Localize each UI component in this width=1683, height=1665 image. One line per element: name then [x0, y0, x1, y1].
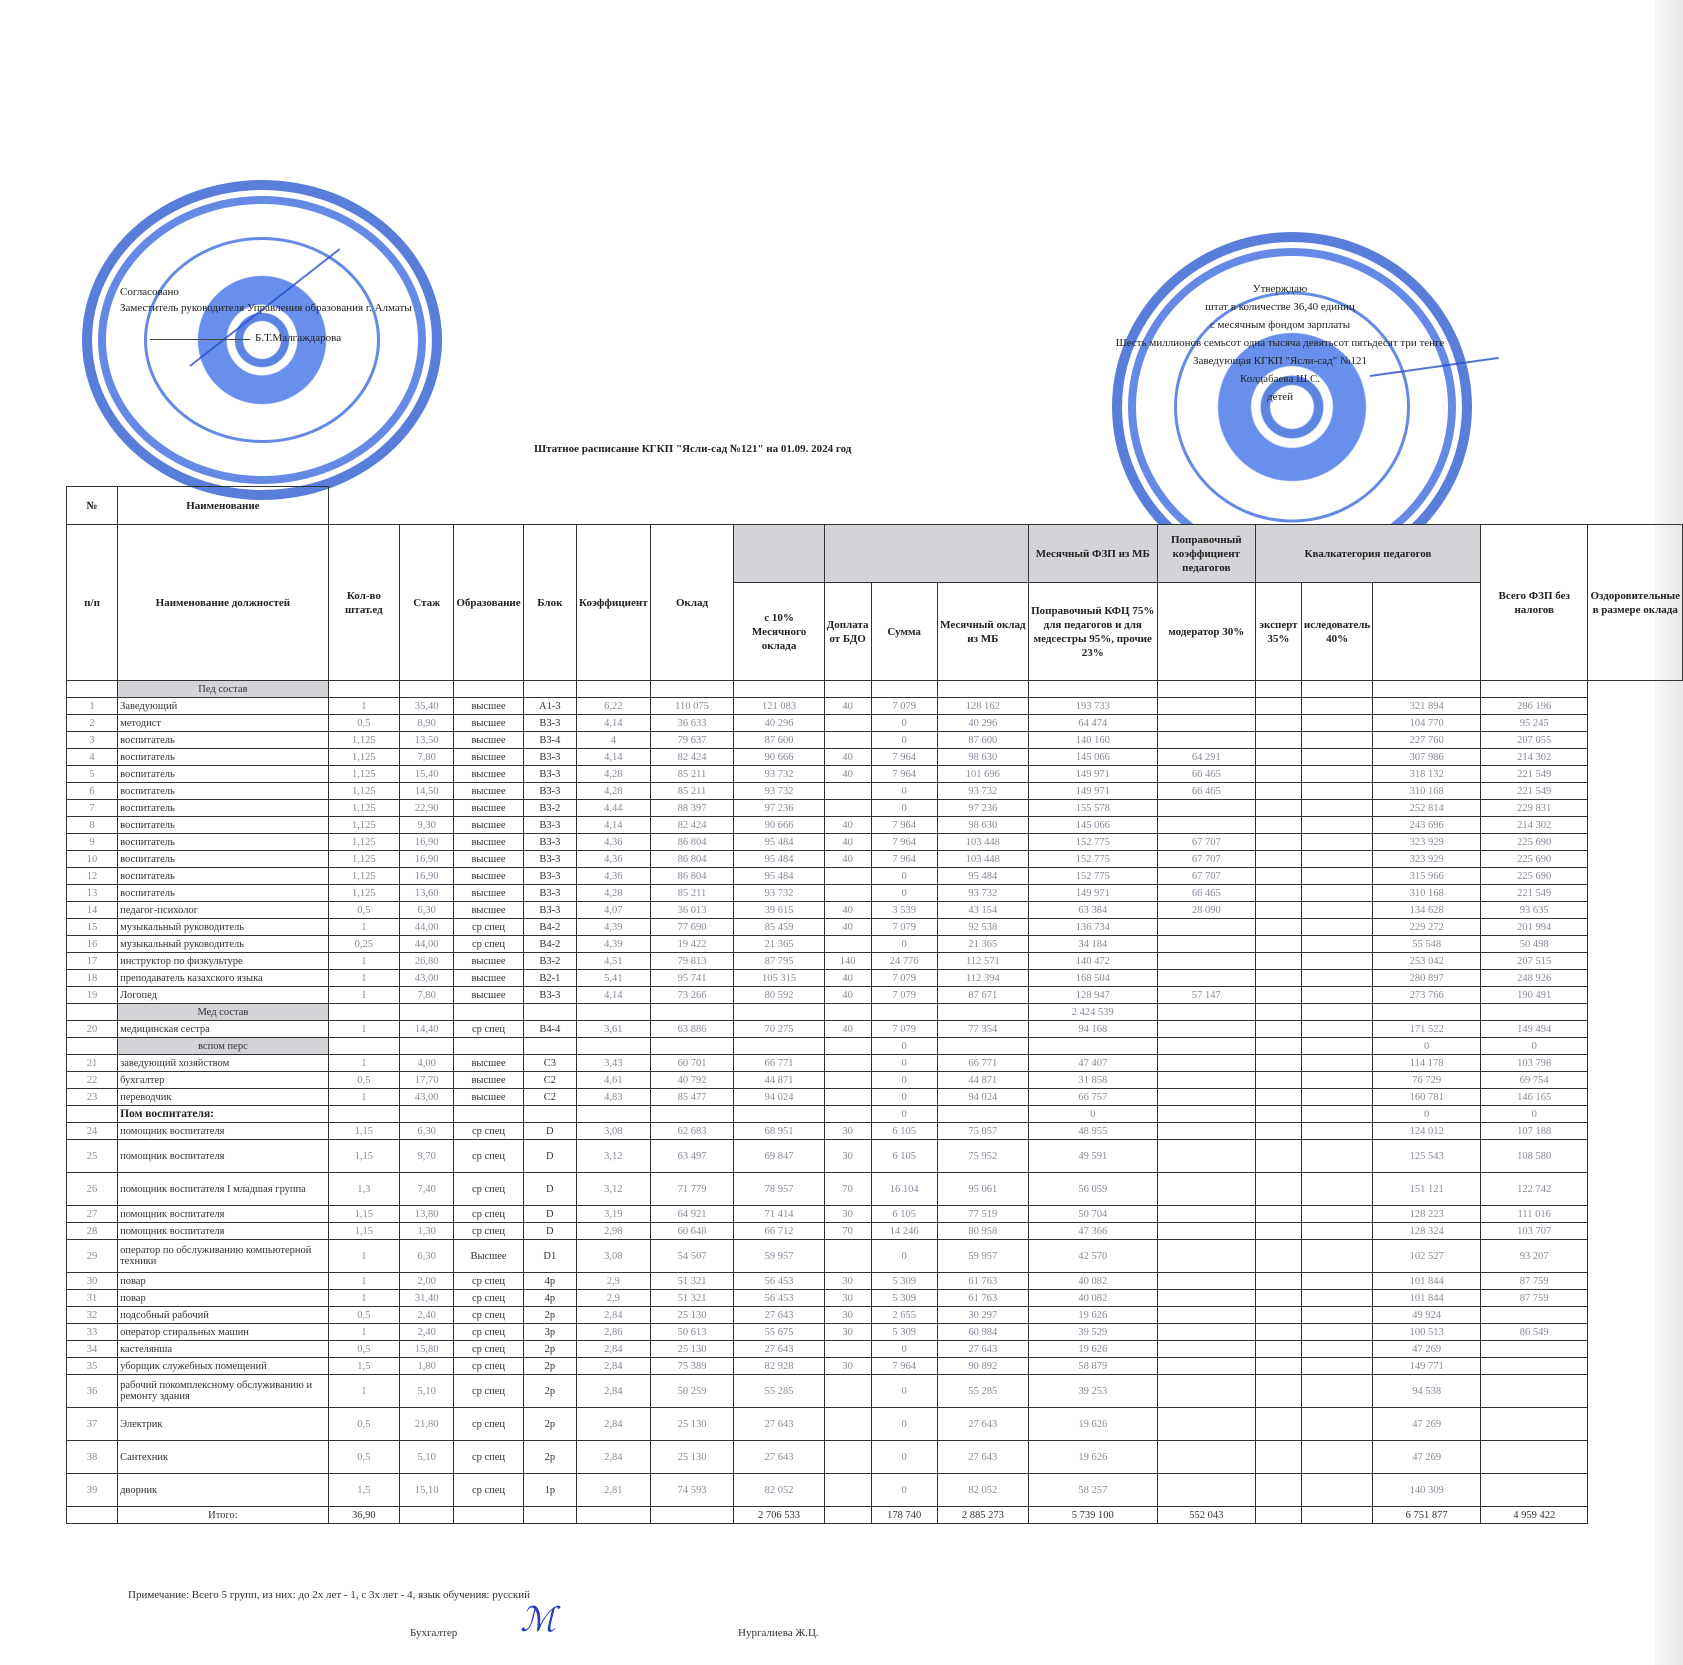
monthly-10: 121 083 — [734, 698, 824, 715]
staff-units: 0,25 — [328, 936, 399, 953]
researcher — [1301, 970, 1372, 987]
salary: 73 266 — [650, 987, 734, 1004]
health-allowance: 0 — [1481, 1106, 1588, 1123]
bonus-sum: 6 105 — [871, 1140, 937, 1173]
bonus-sum: 0 — [871, 800, 937, 817]
correction-kfc: 145 066 — [1028, 817, 1157, 834]
experience: 15,10 — [399, 1474, 453, 1507]
total-fzp: 104 770 — [1373, 715, 1481, 732]
row-number: 5 — [67, 766, 118, 783]
col-total-fzp: Всего ФЗП без налогов — [1481, 525, 1588, 681]
col-stazh: Стаж — [399, 525, 453, 681]
salary: 60 701 — [650, 1055, 734, 1072]
monthly-10: 56 453 — [734, 1290, 824, 1307]
position-name: Сантехник — [118, 1441, 329, 1474]
correction-kfc: 66 757 — [1028, 1089, 1157, 1106]
bonus-sum: 0 — [871, 1408, 937, 1441]
total-fzp: 323 929 — [1373, 851, 1481, 868]
expert — [1255, 1206, 1301, 1223]
block: В4-2 — [523, 936, 576, 953]
position-name: бухгалтер — [118, 1072, 329, 1089]
researcher — [1301, 749, 1372, 766]
document-title: Штатное расписание КГКП "Ясли-сад №121" … — [534, 443, 851, 455]
monthly-mb: 95 484 — [937, 868, 1028, 885]
correction-kfc: 152 775 — [1028, 868, 1157, 885]
bdo-bonus — [824, 868, 871, 885]
row-number: 39 — [67, 1474, 118, 1507]
expert — [1255, 1089, 1301, 1106]
monthly-10: 21 365 — [734, 936, 824, 953]
monthly-mb: 77 354 — [937, 1021, 1028, 1038]
staffing-table-body: Пед состав1Заведующий135,40высшееА1-36,2… — [67, 681, 1683, 1507]
total-fzp: 229 272 — [1373, 919, 1481, 936]
salary: 85 211 — [650, 783, 734, 800]
experience: 22,90 — [399, 800, 453, 817]
experience: 9,30 — [399, 817, 453, 834]
approved-label: Утверждаю — [1060, 280, 1500, 298]
education: высшее — [454, 766, 523, 783]
salary: 86 804 — [650, 868, 734, 885]
bonus-sum: 0 — [871, 1055, 937, 1072]
position-name: заведующий хозяйством — [118, 1055, 329, 1072]
staff-units: 1,3 — [328, 1173, 399, 1206]
staff-units: 1 — [328, 1089, 399, 1106]
monthly-10: 93 732 — [734, 783, 824, 800]
table-row: 27помощник воспитателя1,1513,80ср спецD3… — [67, 1206, 1683, 1223]
total-fzp: 55 548 — [1373, 936, 1481, 953]
education: высшее — [454, 783, 523, 800]
col-units: Кол-во штат.ед — [328, 525, 399, 681]
expert — [1255, 1290, 1301, 1307]
coefficient: 4,28 — [577, 885, 651, 902]
researcher — [1301, 1408, 1372, 1441]
researcher — [1301, 1307, 1372, 1324]
coefficient: 4,14 — [577, 749, 651, 766]
table-row: 26помощник воспитателя I младшая группа1… — [67, 1173, 1683, 1206]
monthly-mb: 44 871 — [937, 1072, 1028, 1089]
totals-row: Итого: 36,90 2 706 533 178 740 2 885 273… — [67, 1507, 1683, 1524]
correction-kfc: 42 570 — [1028, 1240, 1157, 1273]
coefficient: 2,81 — [577, 1474, 651, 1507]
block: В3-3 — [523, 749, 576, 766]
moderator — [1157, 1206, 1255, 1223]
correction-kfc: 140 160 — [1028, 732, 1157, 749]
bonus-sum: 7 964 — [871, 766, 937, 783]
row-number: 28 — [67, 1223, 118, 1240]
moderator — [1157, 1290, 1255, 1307]
col-naim: Наименование — [118, 487, 329, 525]
position-name: методист — [118, 715, 329, 732]
salary: 40 792 — [650, 1072, 734, 1089]
table-row: 7воспитатель1,12522,90высшееВ3-24,4488 3… — [67, 800, 1683, 817]
bonus-sum: 6 105 — [871, 1123, 937, 1140]
staff-units: 1 — [328, 1240, 399, 1273]
block: 1р — [523, 1474, 576, 1507]
researcher — [1301, 902, 1372, 919]
row-number: 27 — [67, 1206, 118, 1223]
bdo-bonus: 40 — [824, 987, 871, 1004]
row-number: 22 — [67, 1072, 118, 1089]
monthly-10: 87 795 — [734, 953, 824, 970]
bdo-bonus: 40 — [824, 749, 871, 766]
salary: 19 422 — [650, 936, 734, 953]
row-number: 23 — [67, 1089, 118, 1106]
expert — [1255, 1123, 1301, 1140]
experience: 7,80 — [399, 987, 453, 1004]
bonus-sum: 0 — [871, 1474, 937, 1507]
table-row: 35уборщик служебных помещений1,51,80ср с… — [67, 1358, 1683, 1375]
table-row: 16музыкальный руководитель0,2544,00ср сп… — [67, 936, 1683, 953]
salary: 25 130 — [650, 1341, 734, 1358]
monthly-mb: 128 162 — [937, 698, 1028, 715]
section-row: Пом воспитателя:0000 — [67, 1106, 1683, 1123]
coefficient: 2,86 — [577, 1324, 651, 1341]
table-row: 34кастелянша0,515,80ср спец2р2,8425 1302… — [67, 1341, 1683, 1358]
staff-units: 1,125 — [328, 817, 399, 834]
expert — [1255, 698, 1301, 715]
monthly-10: 27 643 — [734, 1341, 824, 1358]
moderator — [1157, 1273, 1255, 1290]
col-group-correction: Поправочный коэффициент педагогов — [1157, 525, 1255, 583]
expert — [1255, 1375, 1301, 1408]
block: В4-4 — [523, 1021, 576, 1038]
researcher — [1301, 919, 1372, 936]
experience: 26,80 — [399, 953, 453, 970]
monthly-mb: 59 957 — [937, 1240, 1028, 1273]
block: 2р — [523, 1375, 576, 1408]
correction-kfc: 64 474 — [1028, 715, 1157, 732]
total-fzp: 318 132 — [1373, 766, 1481, 783]
coefficient: 3,12 — [577, 1140, 651, 1173]
experience: 1,80 — [399, 1358, 453, 1375]
table-row: 8воспитатель1,1259,30высшееВ3-34,1482 42… — [67, 817, 1683, 834]
expert — [1255, 1441, 1301, 1474]
block: 4р — [523, 1273, 576, 1290]
block: 2р — [523, 1307, 576, 1324]
expert — [1255, 902, 1301, 919]
monthly-mb: 80 958 — [937, 1223, 1028, 1240]
position-name: преподаватель казахского языка — [118, 970, 329, 987]
monthly-mb: 27 643 — [937, 1341, 1028, 1358]
moderator: 66 465 — [1157, 885, 1255, 902]
correction-kfc: 152 775 — [1028, 834, 1157, 851]
monthly-10: 93 732 — [734, 766, 824, 783]
researcher — [1301, 1441, 1372, 1474]
staff-units: 1 — [328, 1273, 399, 1290]
bonus-sum: 0 — [871, 715, 937, 732]
table-row: 12воспитатель1,12516,90высшееВ3-34,3686 … — [67, 868, 1683, 885]
agreed-signatory: Б.Т.Малгаждарова — [255, 332, 341, 344]
education: высшее — [454, 851, 523, 868]
total-fzp: 310 168 — [1373, 885, 1481, 902]
correction-kfc: 19 626 — [1028, 1408, 1157, 1441]
position-name: педагог-психолог — [118, 902, 329, 919]
col-pp: п/п — [67, 525, 118, 681]
block: В3-3 — [523, 868, 576, 885]
bdo-bonus — [824, 1474, 871, 1507]
health-allowance: 87 759 — [1481, 1290, 1588, 1307]
bonus-sum: 7 079 — [871, 698, 937, 715]
block: В3-3 — [523, 817, 576, 834]
expert — [1255, 851, 1301, 868]
monthly-mb: 92 538 — [937, 919, 1028, 936]
accountant-signature: ℳ — [520, 1600, 556, 1640]
health-allowance — [1481, 1341, 1588, 1358]
salary: 75 389 — [650, 1358, 734, 1375]
bdo-bonus — [824, 1341, 871, 1358]
row-number: 38 — [67, 1441, 118, 1474]
total-fzp: 171 522 — [1373, 1021, 1481, 1038]
table-row: 19Логопед17,80высшееВ3-34,1473 26680 592… — [67, 987, 1683, 1004]
moderator — [1157, 1021, 1255, 1038]
education: высшее — [454, 715, 523, 732]
researcher — [1301, 1089, 1372, 1106]
staff-units: 1 — [328, 919, 399, 936]
education: высшее — [454, 902, 523, 919]
position-name: воспитатель — [118, 766, 329, 783]
education: ср спец — [454, 1173, 523, 1206]
salary: 54 507 — [650, 1240, 734, 1273]
coefficient: 4,14 — [577, 715, 651, 732]
row-number: 8 — [67, 817, 118, 834]
position-name: кастелянша — [118, 1341, 329, 1358]
staff-units: 1,125 — [328, 766, 399, 783]
education: ср спец — [454, 919, 523, 936]
expert — [1255, 885, 1301, 902]
row-number: 9 — [67, 834, 118, 851]
bonus-sum: 5 309 — [871, 1273, 937, 1290]
staff-units: 0,5 — [328, 1408, 399, 1441]
staff-units: 1 — [328, 970, 399, 987]
correction-kfc: 63 384 — [1028, 902, 1157, 919]
moderator — [1157, 1072, 1255, 1089]
coefficient: 6,22 — [577, 698, 651, 715]
health-allowance: 0 — [1481, 1038, 1588, 1055]
block: С2 — [523, 1089, 576, 1106]
totals-mmb: 2 885 273 — [937, 1507, 1028, 1524]
col-moderator: модератор 30% — [1157, 583, 1255, 681]
salary: 82 424 — [650, 817, 734, 834]
education: ср спец — [454, 1273, 523, 1290]
table-row: 37Электрик0,521,80ср спец2р2,8425 13027 … — [67, 1408, 1683, 1441]
monthly-10: 27 643 — [734, 1408, 824, 1441]
total-fzp: 307 986 — [1373, 749, 1481, 766]
monthly-mb: 103 448 — [937, 851, 1028, 868]
health-allowance: 95 245 — [1481, 715, 1588, 732]
monthly-mb: 98 630 — [937, 817, 1028, 834]
health-allowance: 207 055 — [1481, 732, 1588, 749]
moderator — [1157, 1375, 1255, 1408]
col-group-qual: Квалкатегория педагогов — [1255, 525, 1480, 583]
fund-amount-words: Шесть миллионов семьсот одна тысяча девя… — [1060, 334, 1500, 352]
section-label: Пом воспитателя: — [118, 1106, 329, 1123]
monthly-mb: 61 763 — [937, 1273, 1028, 1290]
totals-moderator: 552 043 — [1157, 1507, 1255, 1524]
monthly-mb: 93 732 — [937, 885, 1028, 902]
monthly-10: 66 771 — [734, 1055, 824, 1072]
coefficient: 3,12 — [577, 1173, 651, 1206]
researcher — [1301, 800, 1372, 817]
moderator: 64 291 — [1157, 749, 1255, 766]
researcher — [1301, 766, 1372, 783]
row-number: 18 — [67, 970, 118, 987]
bdo-bonus: 70 — [824, 1223, 871, 1240]
correction-kfc: 149 971 — [1028, 766, 1157, 783]
section-row: Мед состав2 424 539 — [67, 1004, 1683, 1021]
expert — [1255, 732, 1301, 749]
coefficient: 2,84 — [577, 1375, 651, 1408]
approval-block: Утверждаю штат в количестве 36,40 единиц… — [1060, 280, 1500, 406]
table-row: 33оператор стиральных машин12,40ср спец3… — [67, 1324, 1683, 1341]
totals-blank — [67, 1507, 118, 1524]
monthly-10: 85 459 — [734, 919, 824, 936]
education: высшее — [454, 698, 523, 715]
bonus-sum: 7 079 — [871, 1021, 937, 1038]
health-allowance: 221 549 — [1481, 766, 1588, 783]
bdo-bonus — [824, 800, 871, 817]
bonus-sum: 7 964 — [871, 749, 937, 766]
section-row: Пед состав — [67, 681, 1683, 698]
moderator — [1157, 1341, 1255, 1358]
education: высшее — [454, 1072, 523, 1089]
moderator — [1157, 732, 1255, 749]
monthly-10: 39 615 — [734, 902, 824, 919]
health-allowance — [1481, 1375, 1588, 1408]
coefficient: 2,84 — [577, 1408, 651, 1441]
correction-kfc: 168 504 — [1028, 970, 1157, 987]
coefficient: 2,84 — [577, 1358, 651, 1375]
monthly-mb: 61 763 — [937, 1290, 1028, 1307]
salary: 86 804 — [650, 851, 734, 868]
experience: 16,90 — [399, 834, 453, 851]
bonus-sum: 0 — [871, 1240, 937, 1273]
block: В3-3 — [523, 987, 576, 1004]
experience: 43,00 — [399, 970, 453, 987]
salary: 95 741 — [650, 970, 734, 987]
position-name: Логопед — [118, 987, 329, 1004]
block: В3-4 — [523, 732, 576, 749]
table-row: 9воспитатель1,12516,90высшееВ3-34,3686 8… — [67, 834, 1683, 851]
education: высшее — [454, 970, 523, 987]
experience: 5,10 — [399, 1441, 453, 1474]
position-name: воспитатель — [118, 868, 329, 885]
health-allowance — [1481, 1307, 1588, 1324]
health-allowance: 201 994 — [1481, 919, 1588, 936]
table-row: 38Сантехник0,55,10ср спец2р2,8425 13027 … — [67, 1441, 1683, 1474]
staff-units: 1 — [328, 1290, 399, 1307]
experience: 15,40 — [399, 766, 453, 783]
expert — [1255, 817, 1301, 834]
bdo-bonus: 40 — [824, 851, 871, 868]
salary: 86 804 — [650, 834, 734, 851]
staff-units: 1,5 — [328, 1474, 399, 1507]
staff-units: 1,125 — [328, 868, 399, 885]
correction-kfc: 136 734 — [1028, 919, 1157, 936]
monthly-10: 93 732 — [734, 885, 824, 902]
education: ср спец — [454, 936, 523, 953]
salary: 85 477 — [650, 1089, 734, 1106]
health-allowance: 225 690 — [1481, 851, 1588, 868]
total-fzp: 310 168 — [1373, 783, 1481, 800]
row-number: 33 — [67, 1324, 118, 1341]
health-allowance — [1481, 1474, 1588, 1507]
correction-kfc: 145 066 — [1028, 749, 1157, 766]
coefficient: 3,61 — [577, 1021, 651, 1038]
salary: 82 424 — [650, 749, 734, 766]
bdo-bonus: 30 — [824, 1358, 871, 1375]
monthly-10: 80 592 — [734, 987, 824, 1004]
staff-units: 1,15 — [328, 1123, 399, 1140]
salary: 79 637 — [650, 732, 734, 749]
expert — [1255, 953, 1301, 970]
monthly-mb: 87 600 — [937, 732, 1028, 749]
position-name: воспитатель — [118, 783, 329, 800]
bdo-bonus: 30 — [824, 1273, 871, 1290]
monthly-10: 59 957 — [734, 1240, 824, 1273]
bonus-sum: 2 655 — [871, 1307, 937, 1324]
expert — [1255, 1341, 1301, 1358]
correction-kfc: 50 704 — [1028, 1206, 1157, 1223]
experience: 4,00 — [399, 1055, 453, 1072]
table-row: 32подсобный рабочий0,52,40ср спец2р2,842… — [67, 1307, 1683, 1324]
correction-kfc: 39 253 — [1028, 1375, 1157, 1408]
correction-kfc: 56 059 — [1028, 1173, 1157, 1206]
bdo-bonus — [824, 1072, 871, 1089]
health-allowance: 286 196 — [1481, 698, 1588, 715]
expert — [1255, 970, 1301, 987]
coefficient: 4,14 — [577, 987, 651, 1004]
bdo-bonus — [824, 715, 871, 732]
education: высшее — [454, 749, 523, 766]
bdo-bonus: 40 — [824, 919, 871, 936]
moderator — [1157, 1474, 1255, 1507]
salary: 85 211 — [650, 885, 734, 902]
row-number: 20 — [67, 1021, 118, 1038]
position-name: оператор по обслуживанию компьютерной те… — [118, 1240, 329, 1273]
experience: 6,30 — [399, 1123, 453, 1140]
health-allowance: 69 754 — [1481, 1072, 1588, 1089]
row-number: 10 — [67, 851, 118, 868]
total-fzp: 323 929 — [1373, 834, 1481, 851]
salary: 63 497 — [650, 1140, 734, 1173]
monthly-10: 69 847 — [734, 1140, 824, 1173]
bonus-sum: 0 — [871, 1441, 937, 1474]
health-allowance: 103 707 — [1481, 1223, 1588, 1240]
correction-kfc: 40 082 — [1028, 1273, 1157, 1290]
coefficient: 2,84 — [577, 1341, 651, 1358]
coefficient: 3,08 — [577, 1240, 651, 1273]
total-fzp: 149 771 — [1373, 1358, 1481, 1375]
monthly-10: 95 484 — [734, 851, 824, 868]
monthly-10: 44 871 — [734, 1072, 824, 1089]
experience: 2,00 — [399, 1273, 453, 1290]
salary: 36 633 — [650, 715, 734, 732]
row-number: 30 — [67, 1273, 118, 1290]
position-name: переводчик — [118, 1089, 329, 1106]
monthly-10: 78 957 — [734, 1173, 824, 1206]
education: ср спец — [454, 1206, 523, 1223]
salary: 79 813 — [650, 953, 734, 970]
staff-units: 1 — [328, 1055, 399, 1072]
researcher — [1301, 1240, 1372, 1273]
monthly-10: 40 296 — [734, 715, 824, 732]
education: высшее — [454, 732, 523, 749]
health-allowance: 248 926 — [1481, 970, 1588, 987]
total-fzp: 321 894 — [1373, 698, 1481, 715]
expert — [1255, 800, 1301, 817]
block: 4р — [523, 1290, 576, 1307]
health-allowance: 86 549 — [1481, 1324, 1588, 1341]
